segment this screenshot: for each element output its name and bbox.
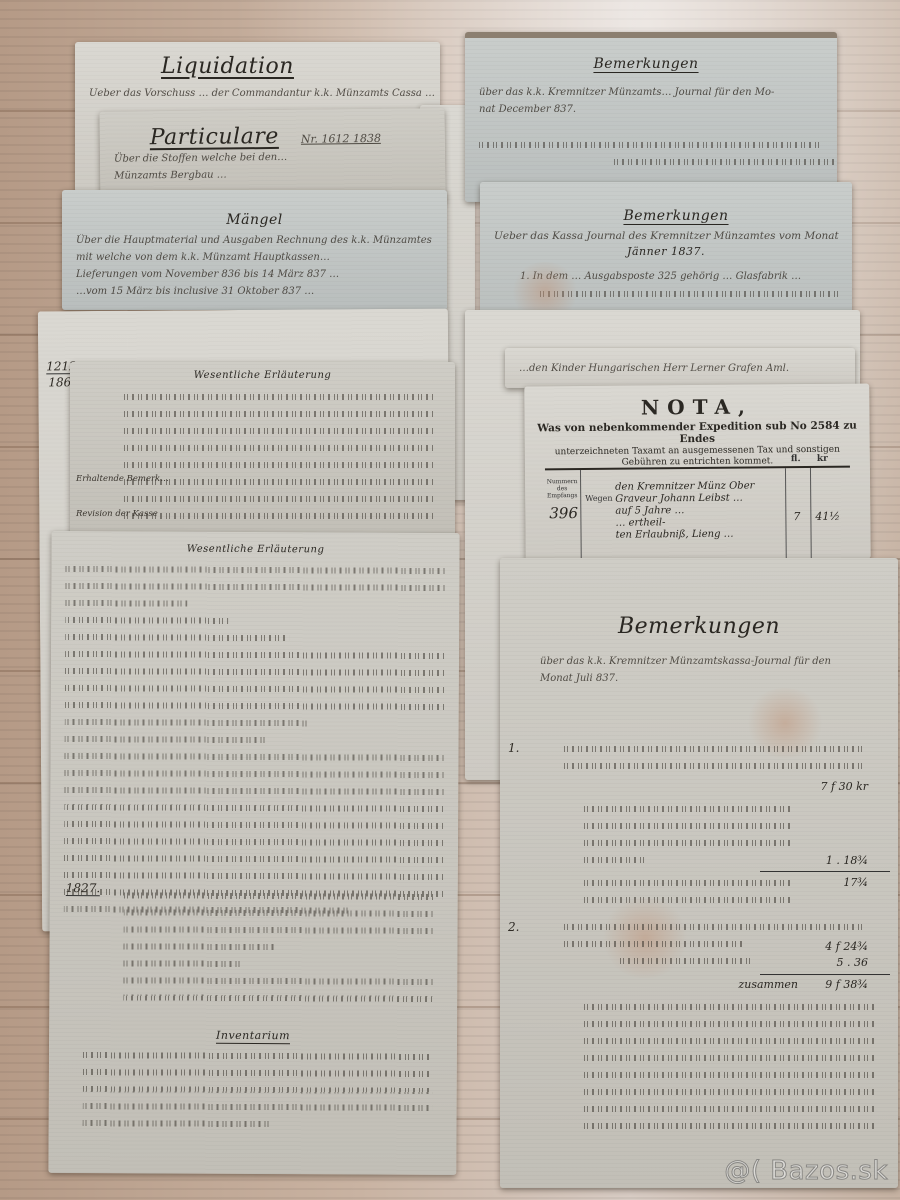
item-2-amount-1: 4 f 24¾	[825, 940, 868, 953]
ledger-top-document: Wesentliche Erläuterung Erhaltende Bemer…	[70, 362, 455, 537]
item-1-number: 1.	[508, 741, 519, 755]
nota-table: Nummern des Empfangs fl. kr 396 Wegen de…	[545, 466, 851, 562]
maengel-line-1: Über die Hauptmaterial und Ausgaben Rech…	[76, 232, 433, 249]
bemerkungen-juli-document: Bemerkungen über das k.k. Kremnitzer Mün…	[500, 558, 898, 1188]
ledger-top-heading: Wesentliche Erläuterung	[70, 370, 455, 381]
maengel-line-3: Lieferungen vom November 836 bis 14 März…	[76, 266, 433, 283]
maengel-document: Mängel Über die Hauptmaterial und Ausgab…	[62, 190, 447, 310]
ledger-main-heading: Wesentliche Erläuterung	[52, 543, 460, 556]
bemerkungen-juli-title: Bemerkungen	[500, 614, 898, 639]
maengel-line-2: mit welche von dem k.k. Münzamt Hauptkas…	[76, 249, 433, 266]
bemerkungen-juli-intro: über das k.k. Kremnitzer Münzamtskassa-J…	[500, 653, 898, 670]
nota-col-number-header: Nummern des Empfangs	[545, 478, 579, 499]
bazos-watermark: @( Bazos.sk	[724, 1156, 888, 1186]
ledger-main-document: Wesentliche Erläuterung 1827. Inventariu…	[48, 531, 459, 1175]
bemerkungen-juli-month: Monat Juli 837.	[500, 670, 898, 687]
bemerkungen-jaenner-intro: Ueber das Kassa Journal des Kremnitzer M…	[480, 228, 852, 245]
nota-row-text-2: Graveur Johann Leibst …	[615, 493, 754, 506]
nota-row-number: 396	[549, 504, 578, 522]
item-2-total-label: zusammen	[738, 978, 798, 991]
nota-row-fl: 7	[793, 510, 800, 523]
particulare-line-2: Münzamts Bergbau …	[100, 164, 445, 185]
particulare-title: Particulare	[150, 124, 279, 150]
nota-row-label: Wegen	[585, 494, 612, 503]
particulare-number: Nr. 1612 1838	[301, 130, 381, 148]
item-2-total: 9 f 38¾	[825, 978, 868, 991]
nota-row-kr: 41½	[815, 510, 840, 523]
nota-col-fl: fl.	[791, 454, 801, 464]
ledger-main-inventarium: Inventarium	[49, 1028, 457, 1043]
item-2-amount-2: 5 . 36	[837, 956, 869, 969]
bemerkungen-december-line-1: über das k.k. Kremnitzer Münzamts… Journ…	[479, 84, 823, 101]
bemerkungen-december-title: Bemerkungen	[465, 56, 837, 72]
corner-number-bottom: 186	[48, 375, 71, 389]
strip-line: …den Kinder Hungarischen Herr Lerner Gra…	[505, 360, 855, 377]
strip-document: …den Kinder Hungarischen Herr Lerner Gra…	[505, 348, 855, 388]
bemerkungen-december-document: Bemerkungen über das k.k. Kremnitzer Mün…	[465, 32, 837, 202]
nota-title: NOTA,	[524, 393, 869, 420]
nota-subtitle: Was von nebenkommender Expedition sub No…	[525, 419, 870, 446]
bemerkungen-jaenner-title: Bemerkungen	[500, 208, 852, 224]
bemerkungen-jaenner-month: Jänner 1837.	[480, 245, 852, 258]
item-2-number: 2.	[508, 920, 519, 934]
maengel-title: Mängel	[62, 212, 447, 228]
ledger-main-side-date: 1827.	[66, 881, 100, 896]
item-1-amount-1: 7 f 30 kr	[821, 780, 868, 793]
item-1-amount-2: 1 . 18¾	[826, 854, 868, 867]
bemerkungen-december-line-2: nat December 837.	[479, 101, 823, 118]
liquidation-title: Liquidation	[75, 54, 440, 79]
nota-row-text-5: ten Erlaubniß, Lieng …	[615, 529, 754, 542]
nota-document: NOTA, Was von nebenkommender Expedition …	[524, 383, 871, 561]
item-1-amount-3: 17¾	[843, 876, 868, 889]
maengel-line-4: …vom 15 März bis inclusive 31 Oktober 83…	[76, 283, 433, 300]
nota-col-kr: kr	[817, 454, 828, 464]
liquidation-line: Ueber das Vorschuss … der Commandantur k…	[75, 85, 440, 102]
